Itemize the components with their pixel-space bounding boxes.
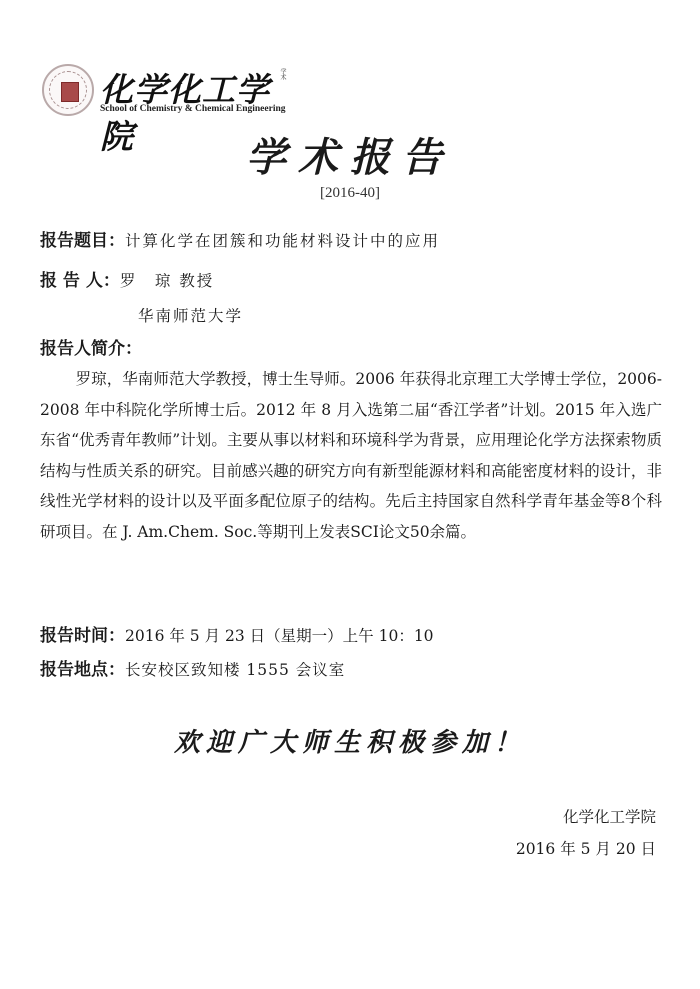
topic-value: 计算化学在团簇和功能材料设计中的应用 — [125, 232, 440, 250]
speaker-bio: 罗琼，华南师范大学教授，博士生导师。2006 年获得北京理工大学博士学位，200… — [40, 364, 662, 547]
topic-label: 报告题目： — [40, 231, 125, 251]
place-row: 报告地点：长安校区致知楼 1555 会议室 — [40, 655, 345, 680]
bio-label-row: 报告人简介： — [40, 334, 142, 359]
speaker-row: 报 告 人：罗 琼 教授 — [40, 266, 214, 291]
place-value: 长安校区致知楼 1555 会议室 — [125, 661, 345, 679]
signature-organization: 化学化工学院 — [563, 805, 656, 827]
school-logo: 化学化工学院 学术 School of Chemistry & Chemical… — [40, 62, 280, 120]
logo-english-name: School of Chemistry & Chemical Engineeri… — [100, 104, 286, 114]
time-value: 2016 年 5 月 23 日（星期一）上午 10：10 — [125, 627, 434, 645]
time-row: 报告时间：2016 年 5 月 23 日（星期一）上午 10：10 — [40, 621, 434, 646]
logo-small-text: 学术 — [278, 68, 287, 80]
page-title: 学术报告 — [0, 126, 700, 183]
speaker-affiliation-row: 华南师范大学 — [138, 304, 243, 326]
report-number: [2016-40] — [0, 185, 700, 202]
time-label: 报告时间： — [40, 626, 125, 646]
bio-label: 报告人简介： — [40, 339, 142, 359]
speaker-affiliation: 华南师范大学 — [138, 307, 243, 325]
topic-row: 报告题目：计算化学在团簇和功能材料设计中的应用 — [40, 226, 440, 251]
speaker-label: 报 告 人： — [40, 271, 120, 291]
signature-date: 2016 年 5 月 20 日 — [516, 837, 656, 859]
university-seal-icon — [42, 64, 94, 116]
welcome-message: 欢迎广大师生积极参加！ — [0, 722, 700, 759]
speaker-value: 罗 琼 教授 — [120, 272, 214, 290]
place-label: 报告地点： — [40, 660, 125, 680]
